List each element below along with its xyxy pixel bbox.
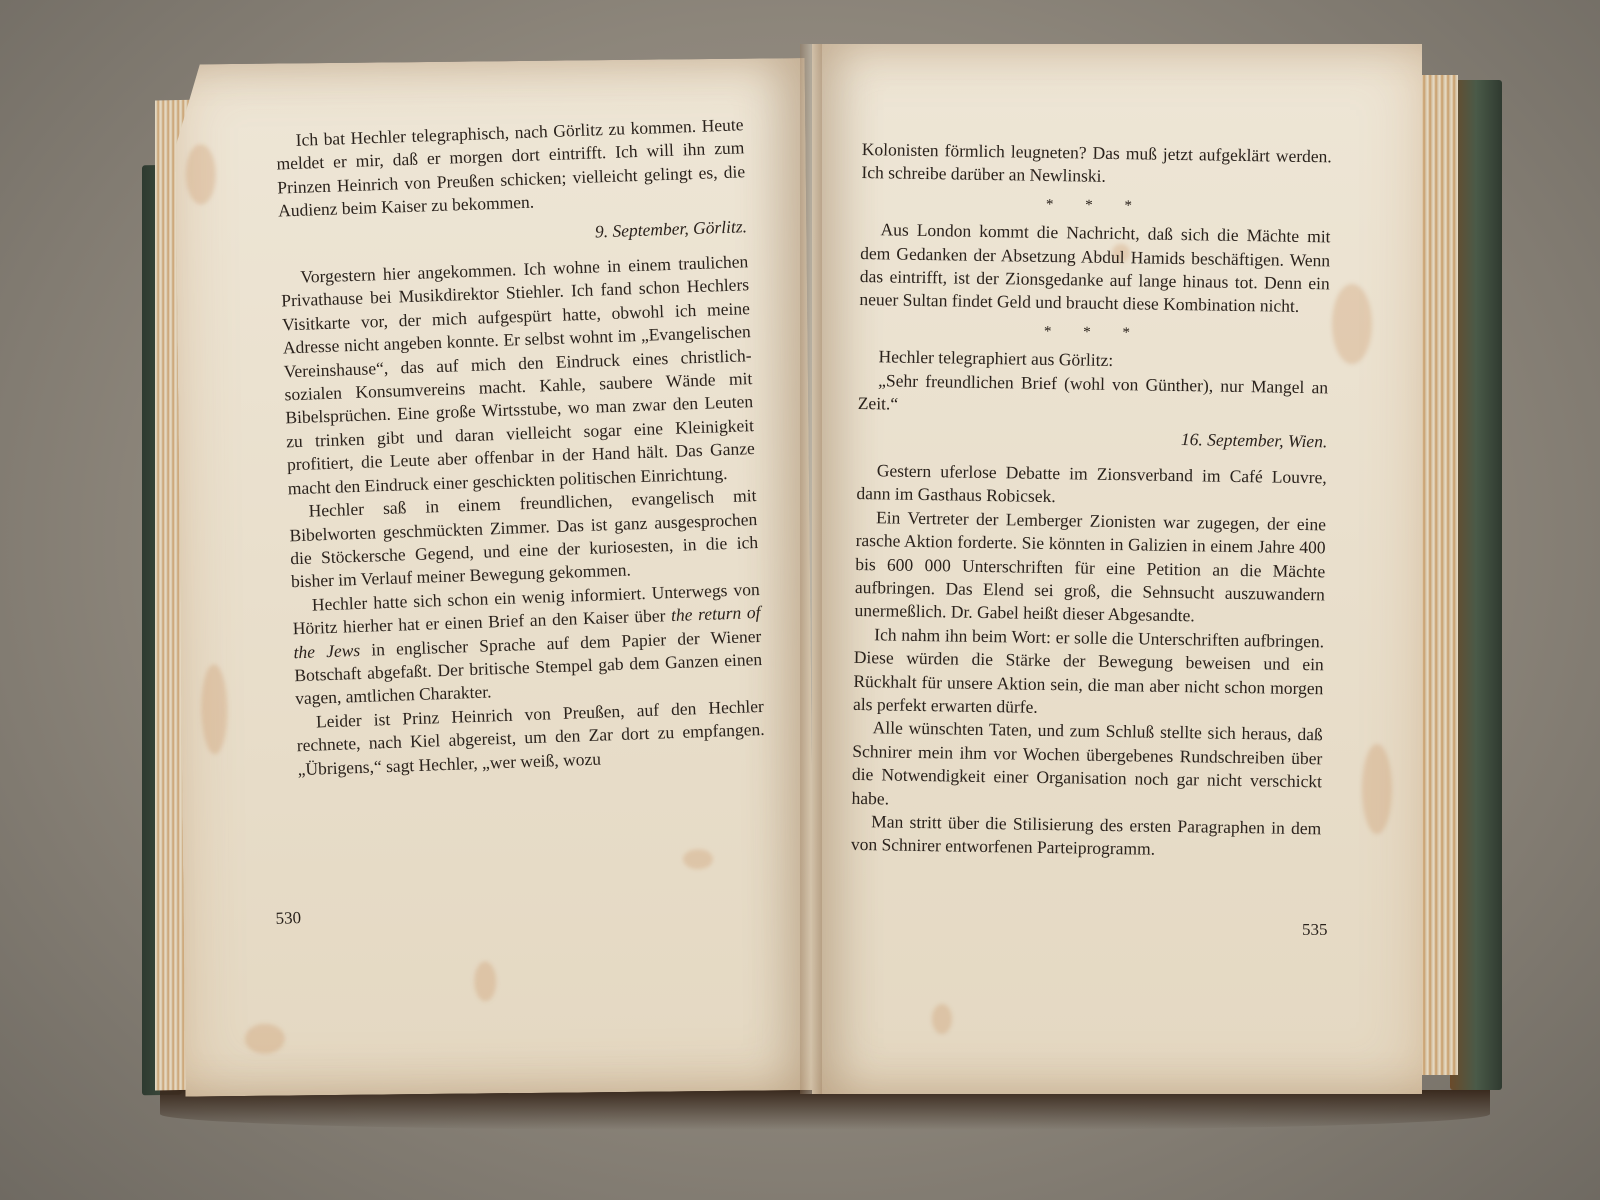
right-page: Kolonisten förmlich leugneten? Das muß j… xyxy=(812,44,1422,1094)
paragraph: Kolonisten förmlich leugneten? Das muß j… xyxy=(861,138,1332,192)
foxing-stain xyxy=(1332,284,1372,364)
paragraph: Hechler hatte sich schon ein wenig infor… xyxy=(292,578,764,711)
page-number-right: 535 xyxy=(1302,920,1328,940)
dateline: 16. September, Wien. xyxy=(857,423,1327,454)
paragraph: Vorgestern hier angekommen. Ich wohne in… xyxy=(280,250,756,500)
foxing-stain xyxy=(185,144,216,204)
quotation: „Sehr freundlichen Brief (wohl von Günth… xyxy=(858,369,1329,423)
left-page-text: Ich bat Hechler telegraphisch, nach Görl… xyxy=(275,113,765,781)
paragraph: Hechler saß in einem freundlichen, evang… xyxy=(288,484,759,594)
paragraph: Ich nahm ihn beim Wort: er solle die Unt… xyxy=(853,623,1324,724)
section-divider-stars: * * * xyxy=(859,318,1329,349)
foxing-stain xyxy=(1362,744,1392,834)
paragraph: Man stritt über die Stilisierung des ers… xyxy=(851,810,1322,864)
right-page-text: Kolonisten förmlich leugneten? Das muß j… xyxy=(851,138,1332,864)
left-page: Ich bat Hechler telegraphisch, nach Görl… xyxy=(175,58,816,1097)
foxing-stain xyxy=(932,1004,952,1034)
foxing-stain xyxy=(474,961,496,1001)
paragraph: Gestern uferlose Debatte im Zionsverband… xyxy=(856,459,1327,513)
book-shadow xyxy=(160,1090,1490,1130)
page-number-left: 530 xyxy=(275,908,301,929)
foxing-stain xyxy=(201,664,228,754)
paragraph: Ein Vertreter der Lemberger Zionisten wa… xyxy=(854,506,1326,630)
foxing-stain xyxy=(245,1024,285,1054)
foxing-stain xyxy=(683,849,713,869)
paragraph: Alle wünschten Taten, und zum Schluß ste… xyxy=(851,716,1322,817)
dateline: 9. September, Görlitz. xyxy=(279,215,748,255)
paragraph: Ich bat Hechler telegraphisch, nach Görl… xyxy=(275,113,746,223)
section-divider-stars: * * * xyxy=(861,191,1331,222)
book-gutter xyxy=(800,44,822,1094)
paragraph: Aus London kommt die Nachricht, daß sich… xyxy=(859,218,1330,319)
